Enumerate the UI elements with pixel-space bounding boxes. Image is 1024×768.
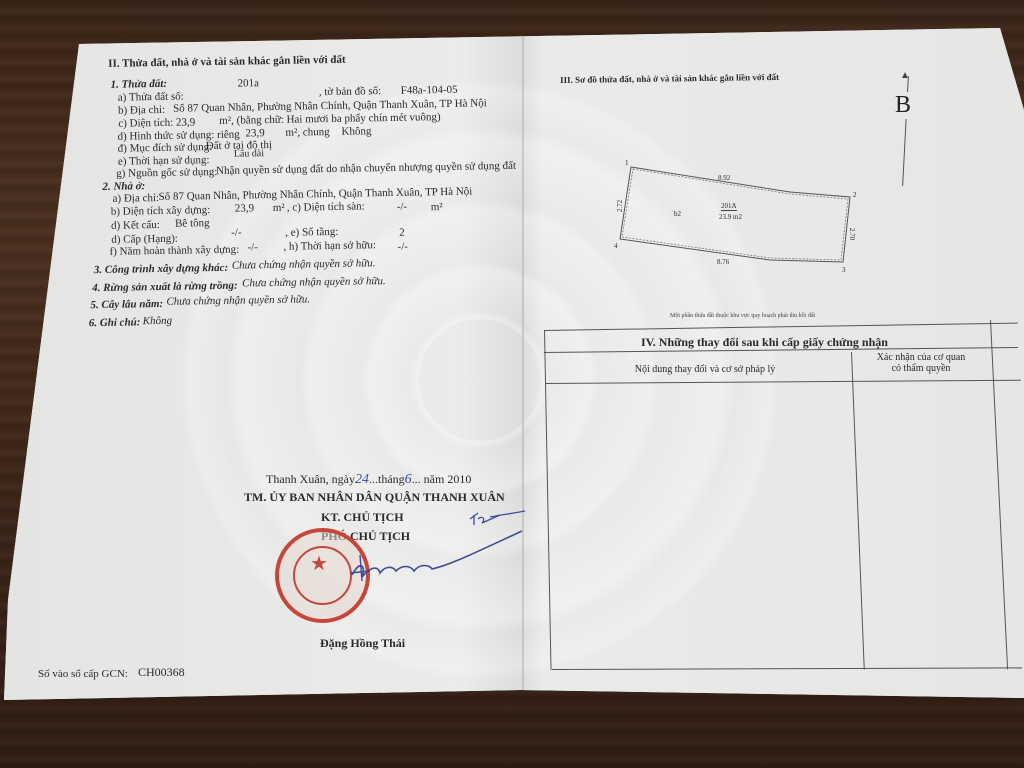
build-area: 23,9 — [235, 202, 254, 214]
year: -/- — [247, 241, 258, 253]
item5-value: Chưa chứng nhận quyền sở hữu. — [166, 293, 310, 308]
grade: -/- — [231, 227, 242, 239]
item4-label: 4. Rừng sản xuất là rừng trồng: — [92, 280, 238, 295]
sign-day: 24 — [355, 472, 369, 487]
floors: 2 — [399, 227, 405, 239]
item4-value: Chưa chứng nhận quyền sở hữu. — [242, 275, 386, 290]
structure: Bê tông — [175, 217, 210, 230]
place-date-prefix: Thanh Xuân, ngày — [266, 472, 355, 486]
side-right: 2.70 — [846, 228, 858, 240]
land-area-label: c) Diện tích: 23,9 — [118, 116, 195, 129]
item3-value: Chưa chứng nhận quyền sở hữu. — [232, 257, 376, 272]
item3-label: 3. Công trình xây dựng khác: — [94, 262, 229, 276]
build-area-label: b) Diện tích xây dựng: — [111, 204, 211, 218]
item5-label: 5. Cây lâu năm: — [90, 298, 163, 311]
origin-label: g) Nguồn gốc sử dụng: — [116, 166, 217, 180]
certificate-paper: II. Thửa đất, nhà ở và tài sản khác gắn … — [0, 0, 1024, 768]
corner-1: 1 — [625, 157, 629, 169]
house-heading: 2. Nhà ở: — [102, 180, 145, 193]
registry-number: CH00368 — [138, 666, 185, 678]
land-address-label: b) Địa chỉ: — [118, 104, 165, 117]
north-indicator: ▲ B — [897, 70, 917, 190]
ownership-term-label: , h) Thời hạn sở hữu: — [283, 239, 376, 253]
year-text: ... năm 2010 — [412, 472, 472, 486]
floors-code: b2 — [674, 208, 681, 220]
north-arrow-icon: ▲ — [900, 70, 910, 81]
place-date: Thanh Xuân, ngày24...tháng6... năm 2010 — [266, 473, 471, 486]
floors-label: , e) Số tầng: — [285, 226, 338, 239]
item6-label: 6. Ghi chú: — [89, 316, 141, 329]
signer-name: Đặng Hồng Thái — [320, 637, 405, 649]
build-area-unit: m² — [273, 202, 285, 214]
usage-private: 23,9 — [245, 127, 264, 139]
floor-area: -/- — [397, 201, 408, 213]
term: Lâu dài — [234, 148, 264, 161]
usage-shared: Không — [341, 125, 371, 138]
corner-3: 3 — [842, 264, 846, 276]
authority: TM. ỦY BAN NHÂN DÂN QUẬN THANH XUÂN — [244, 491, 505, 503]
seal-star-icon: ★ — [310, 554, 328, 574]
col-change-content: Nội dung thay đổi và cơ sở pháp lý — [620, 364, 790, 375]
floor-area-label: , c) Diện tích sàn: — [287, 200, 365, 213]
signature — [340, 505, 530, 595]
side-left: 2.72 — [614, 200, 626, 212]
north-label: B — [895, 92, 911, 119]
structure-label: d) Kết cấu: — [111, 219, 160, 232]
corner-2: 2 — [853, 189, 857, 201]
side-bottom: 8.76 — [717, 256, 729, 268]
item6-value: Không — [143, 315, 173, 328]
corner-4: 4 — [614, 240, 618, 252]
parcel-id: 201A — [721, 202, 737, 211]
map-sheet: F48a-104-05 — [401, 84, 458, 97]
col-authority-line1: Xác nhận của cơ quan — [856, 352, 986, 363]
parcel-area: 23.9 m2 — [719, 211, 742, 223]
side-top: 8.92 — [718, 172, 730, 184]
month-label: tháng — [378, 472, 405, 486]
land-heading: 1. Thửa đất: — [111, 78, 168, 91]
parcel-diagram: 1 2 3 4 8.92 8.76 2.72 2.70 b2 201A 23.9… — [600, 150, 880, 280]
usage-shared-label: m², chung — [285, 126, 329, 139]
parcel-number: 201a — [238, 77, 260, 89]
year-label: f) Năm hoàn thành xây dựng: — [109, 244, 239, 258]
floor-area-unit: m² — [431, 201, 443, 213]
col-authority-line2: có thẩm quyền — [856, 363, 986, 374]
planning-note: Một phần thửa đất thuộc khu vực quy hoạc… — [670, 313, 815, 319]
col-authority-confirm: Xác nhận của cơ quan có thẩm quyền — [856, 352, 986, 374]
map-sheet-label: , tờ bản đồ số: — [319, 85, 382, 98]
purpose-label: đ) Mục đích sử dụng: — [118, 141, 213, 155]
registry-label: Số vào sổ cấp GCN: — [38, 668, 128, 680]
table-title: IV. Những thay đổi sau khi cấp giấy chứn… — [641, 335, 888, 350]
house-address-label: a) Địa chỉ: — [112, 192, 159, 205]
sign-month: 6 — [405, 472, 412, 487]
ownership-term: -/- — [397, 241, 408, 253]
